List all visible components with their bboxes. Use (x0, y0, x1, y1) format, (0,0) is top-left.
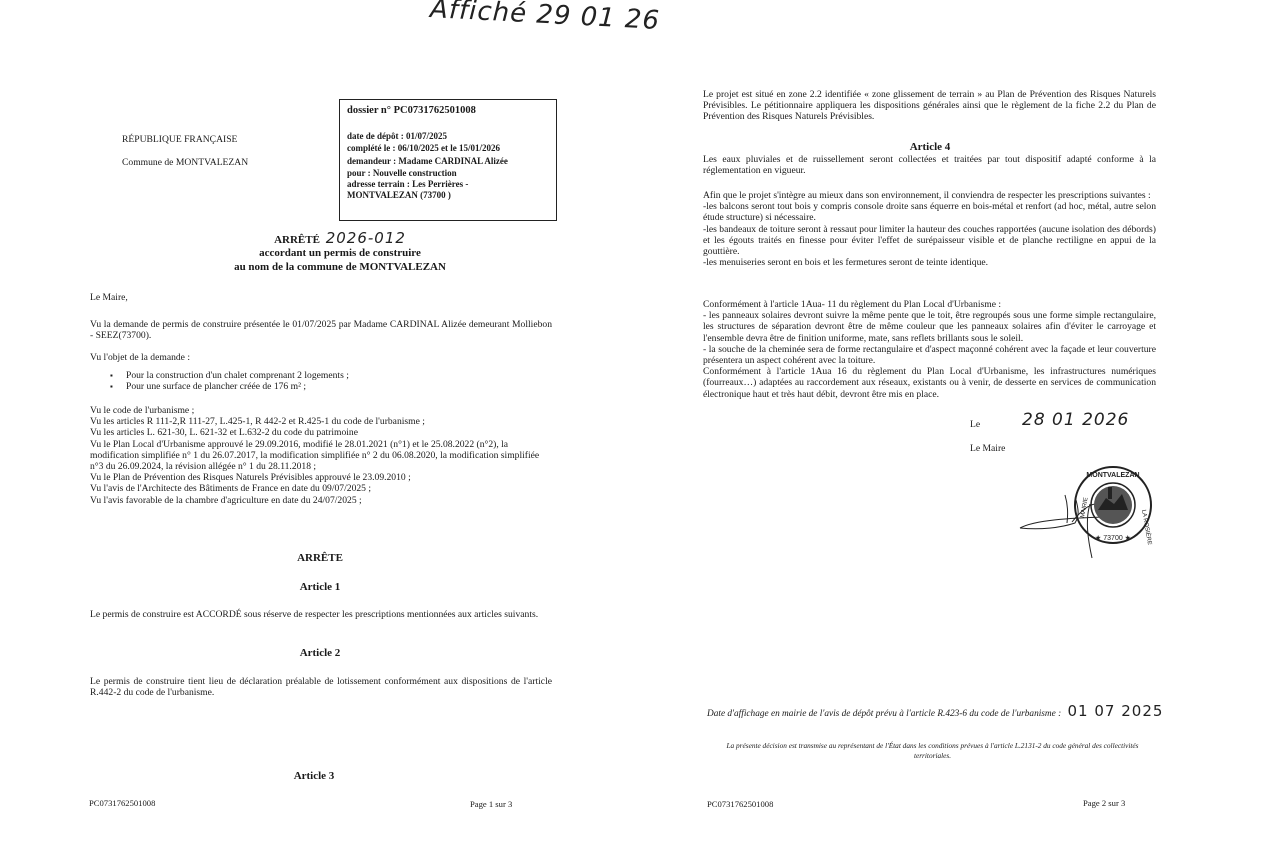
prescriptions-block: Afin que le projet s'intègre au mieux da… (703, 190, 1156, 268)
date-complete: complété le : 06/10/2025 et le 15/01/202… (347, 142, 549, 154)
vu-line: Vu l'avis favorable de la chambre d'agri… (90, 495, 552, 506)
plu-16: Conformément à l'article 1Aua 16 du règl… (703, 366, 1156, 400)
svg-text:★ 73700 ★: ★ 73700 ★ (1095, 534, 1131, 542)
vu-line: Vu les articles R 111-2,R 111-27, L.425-… (90, 416, 552, 427)
handwritten-display-date: Affiché 29 01 26 (429, 0, 660, 36)
commune-header: Commune de MONTVALEZAN (122, 157, 248, 168)
objet-item: Pour une surface de plancher créée de 17… (90, 381, 552, 392)
arrete-subtitle: accordant un permis de construire au nom… (180, 246, 500, 274)
adresse-line-2: MONTVALEZAN (73700 ) (347, 190, 549, 201)
arrete-title: ARRÊTÉ 2026-012 (200, 229, 480, 247)
article-1-text: Le permis de construire est ACCORDÉ sous… (90, 609, 552, 620)
vu-list: Vu le code de l'urbanisme ; Vu les artic… (90, 405, 552, 506)
adresse-line-1: adresse terrain : Les Perrières - (347, 179, 549, 190)
plu-block: Conformément à l'article 1Aua- 11 du règ… (703, 299, 1156, 400)
vu-demande: Vu la demande de permis de construire pr… (90, 319, 552, 341)
mayor-signature-and-stamp: MONTVALEZAN ★ 73700 ★ LA ROSIÈRE MAIRIE (1010, 460, 1170, 565)
vu-line: Vu le Plan de Prévention des Risques Nat… (90, 472, 552, 483)
plu-11-item: - les panneaux solaires devront suivre l… (703, 310, 1156, 344)
page-2-footer-page: Page 2 sur 3 (1083, 798, 1125, 809)
article-2-title: Article 2 (220, 647, 420, 659)
vu-line: Vu l'avis de l'Architecte des Bâtiments … (90, 483, 552, 494)
objet-item: Pour la construction d'un chalet compren… (90, 370, 552, 381)
signature-icon (1020, 495, 1105, 558)
svg-text:LA ROSIÈRE: LA ROSIÈRE (1140, 509, 1153, 545)
transmission-notice: La présente décision est transmise au re… (710, 741, 1155, 761)
vu-line: Vu le Plan Local d'Urbanisme approuvé le… (90, 439, 552, 473)
plu-11-intro: Conformément à l'article 1Aua- 11 du règ… (703, 299, 1156, 310)
arrete-number-handwritten: 2026-012 (326, 229, 406, 247)
article-2-text: Le permis de construire tient lieu de dé… (90, 676, 552, 698)
vu-line: Vu le code de l'urbanisme ; (90, 405, 552, 416)
prescription-item: -les menuiseries seront en bois et les f… (703, 257, 1156, 268)
date-depot: date de dépôt : 01/07/2025 (347, 130, 549, 142)
le-maire-salutation: Le Maire, (90, 292, 128, 303)
le-label: Le (970, 419, 980, 430)
republique-header: RÉPUBLIQUE FRANÇAISE (122, 134, 237, 145)
objet-list: Pour la construction d'un chalet compren… (90, 370, 552, 392)
demandeur: demandeur : Madame CARDINAL Alizée (347, 154, 549, 168)
signature-date-handwritten: 28 01 2026 (1022, 410, 1129, 430)
plu-11-item: - la souche de la cheminée sera de forme… (703, 344, 1156, 366)
subtitle-line-1: accordant un permis de construire (180, 246, 500, 260)
zone-intro: Le projet est situé en zone 2.2 identifi… (703, 89, 1156, 123)
affichage-date-handwritten: 01 07 2025 (1068, 702, 1164, 720)
vu-line: Vu les articles L. 621-30, L. 621-32 et … (90, 427, 552, 438)
dossier-box: dossier n° PC0731762501008 date de dépôt… (339, 99, 557, 221)
svg-text:MONTVALEZAN: MONTVALEZAN (1086, 472, 1139, 479)
affichage-text: Date d'affichage en mairie de l'avis de … (707, 709, 1061, 719)
article-1-title: Article 1 (220, 581, 420, 593)
article-4-text: Les eaux pluviales et de ruissellement s… (703, 154, 1156, 176)
arrete-title-text: ARRÊTÉ (274, 234, 320, 246)
article-3-title: Article 3 (214, 770, 414, 782)
article-4-title: Article 4 (830, 141, 1030, 153)
page-2-footer-ref: PC0731762501008 (707, 799, 773, 810)
dossier-number: dossier n° PC0731762501008 (347, 105, 549, 116)
prescriptions-intro: Afin que le projet s'intègre au mieux da… (703, 190, 1156, 201)
vu-objet: Vu l'objet de la demande : (90, 352, 190, 363)
page-1-footer-page: Page 1 sur 3 (470, 799, 512, 810)
le-maire-signature-label: Le Maire (970, 443, 1005, 454)
pour: pour : Nouvelle construction (347, 168, 549, 179)
affichage-line: Date d'affichage en mairie de l'avis de … (707, 702, 1163, 720)
page-1-footer-ref: PC0731762501008 (89, 798, 155, 809)
prescription-item: -les balcons seront tout bois y compris … (703, 201, 1156, 223)
prescription-item: -les bandeaux de toiture seront à ressau… (703, 224, 1156, 258)
official-stamp-icon: MONTVALEZAN ★ 73700 ★ LA ROSIÈRE MAIRIE (1075, 467, 1153, 545)
subtitle-line-2: au nom de la commune de MONTVALEZAN (180, 260, 500, 274)
arrete-heading: ARRÊTE (220, 552, 420, 564)
